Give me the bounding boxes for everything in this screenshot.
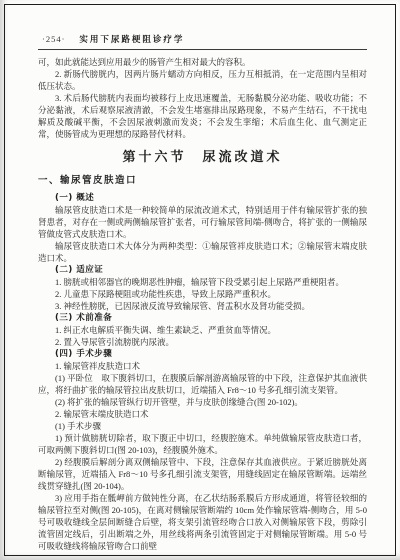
sub-heading: (一) 概述 [38, 192, 367, 204]
scanned-book-page: ·254· 实用下尿路梗阻诊疗学 可，如此就能达到应用最少的肠管产生相对最大的容… [0, 0, 400, 560]
page-body: 可，如此就能达到应用最少的肠管产生相对最大的容积。2. 新肠代膀胱内，因两片肠片… [38, 56, 367, 552]
paragraph-continued: 可，如此就能达到应用最少的肠管产生相对最大的容积。 [38, 56, 367, 68]
paragraph: (1) 平卧位 取下腹斜切口，在腹膜后解剖游离输尿管的中下段，注意保护其血液供应… [38, 372, 367, 396]
paragraph: 2. 新肠代膀胱内，因两片肠片蠕动方向相反，压力互相抵消，在一定范围内呈相对低压… [38, 68, 367, 92]
paragraph: 2. 置入导尿管引流膀胱内尿液。 [38, 336, 367, 348]
paragraph: 3. 术后肠代膀胱内表面均被移行上皮迅速覆盖，无肠黏膜分泌功能、吸收功能；不分泌… [38, 92, 367, 140]
paragraph: 3) 应用手指在骶岬前方做钝性分离，在乙状结肠系膜后方形成通道，将管径较细的输尿… [38, 492, 367, 552]
subsection-heading: 一、输尿管皮肤造口 [38, 174, 367, 187]
book-title: 实用下尿路梗阻诊疗学 [79, 33, 184, 45]
paragraph: 2. 输尿管末端皮肤造口术 [38, 408, 367, 420]
section-title: 第十六节 尿流改道术 [38, 149, 367, 165]
paragraph: 1. 纠正水电解质平衡失调、维生素缺乏、严重贫血等情况。 [38, 324, 367, 336]
paragraph: 输尿管皮肤造口术大体分为两种类型：①输尿管袢皮肤造口术；②输尿管末端皮肤造口术。 [38, 240, 367, 264]
paragraph: 1. 膀胱或相邻器官的晚期恶性肿瘤，输尿管下段受累引起上尿路严重梗阻者。 [38, 276, 367, 288]
running-header: ·254· 实用下尿路梗阻诊疗学 [38, 33, 367, 50]
paragraph: 1. 输尿管袢皮肤造口术 [38, 360, 367, 372]
sub-heading: (三) 术前准备 [38, 312, 367, 324]
sub-heading: (二) 适应证 [38, 264, 367, 276]
paragraph: 2. 儿童患下尿路梗阻或功能性疾患，导致上尿路严重积水。 [38, 288, 367, 300]
page-number: ·254· [42, 34, 65, 44]
paragraph: 1) 预计做膀胱切除者，取下腹正中切口，经腹腔施术。单纯做输尿管皮肤造口者，可取… [38, 432, 367, 456]
sub-heading: (四) 手术步骤 [38, 348, 367, 360]
paragraph: 3. 神经性膀胱，已因尿液反流导致输尿管、肾盂积水及肾功能受损。 [38, 300, 367, 312]
page-content-area: ·254· 实用下尿路梗阻诊疗学 可，如此就能达到应用最少的肠管产生相对最大的容… [38, 33, 367, 532]
paragraph: (2) 将扩张的输尿管纵行切开管壁，并与皮肤创缘缝合(图 20-102)。 [38, 396, 367, 408]
paragraph: (1) 手术步骤 [38, 420, 367, 432]
paragraph: 输尿管皮肤造口术是一种较简单的尿流改道术式，特别适用于伴有输尿管扩张的独肾患者，… [38, 204, 367, 240]
paragraph: 2) 经腹膜后解剖分离双侧输尿管中、下段，注意保存其血液供应。于紧近膀胱处离断输… [38, 456, 367, 492]
